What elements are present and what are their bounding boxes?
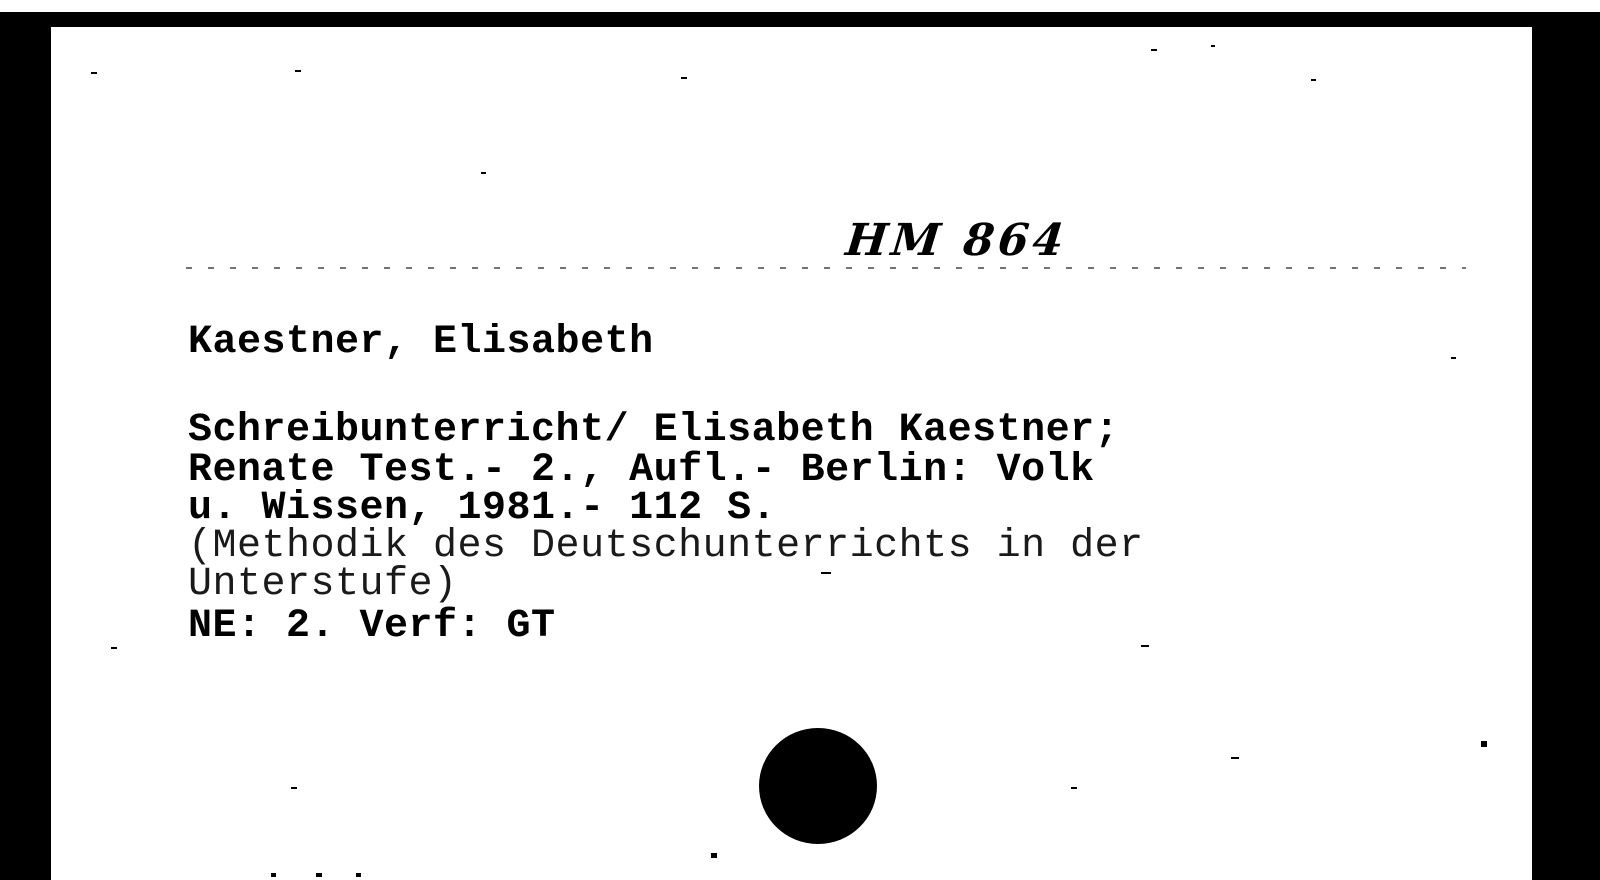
scan-speck bbox=[91, 72, 97, 74]
scan-speck bbox=[1451, 357, 1456, 359]
scan-speck bbox=[295, 70, 301, 72]
scan-speck bbox=[271, 873, 276, 877]
series-line-2: Unterstufe) bbox=[188, 565, 458, 605]
scan-speck bbox=[1231, 757, 1239, 759]
catalog-card: HM 864 Kaestner, Elisabeth Schreibunterr… bbox=[51, 27, 1532, 880]
punch-hole bbox=[759, 728, 877, 844]
scan-speck bbox=[821, 572, 831, 574]
scan-speck bbox=[356, 873, 361, 877]
scan-top-margin bbox=[0, 0, 1600, 12]
scan-speck bbox=[111, 647, 117, 649]
scan-speck bbox=[1151, 49, 1157, 51]
call-number: HM 864 bbox=[843, 215, 1070, 266]
title-line-1: Schreibunterricht/ Elisabeth Kaestner; bbox=[188, 411, 1119, 451]
title-line-2: Renate Test.- 2., Aufl.- Berlin: Volk bbox=[188, 451, 1095, 491]
scan-speck bbox=[1211, 45, 1215, 47]
scan-speck bbox=[1481, 741, 1487, 747]
scan-speck bbox=[681, 77, 687, 79]
scan-speck bbox=[316, 873, 322, 877]
scan-speck bbox=[291, 787, 297, 789]
title-line-3: u. Wissen, 1981.- 112 S. bbox=[188, 489, 776, 529]
scan-speck bbox=[1141, 645, 1149, 647]
scan-speck bbox=[1311, 79, 1316, 81]
scan-speck bbox=[711, 853, 717, 858]
author-heading: Kaestner, Elisabeth bbox=[188, 323, 654, 363]
scan-speck bbox=[1071, 787, 1077, 789]
added-entry: NE: 2. Verf: GT bbox=[188, 607, 556, 647]
scan-speck bbox=[481, 172, 486, 174]
dotted-divider bbox=[186, 267, 1466, 269]
series-line-1: (Methodik des Deutschunterrichts in der bbox=[188, 527, 1144, 567]
